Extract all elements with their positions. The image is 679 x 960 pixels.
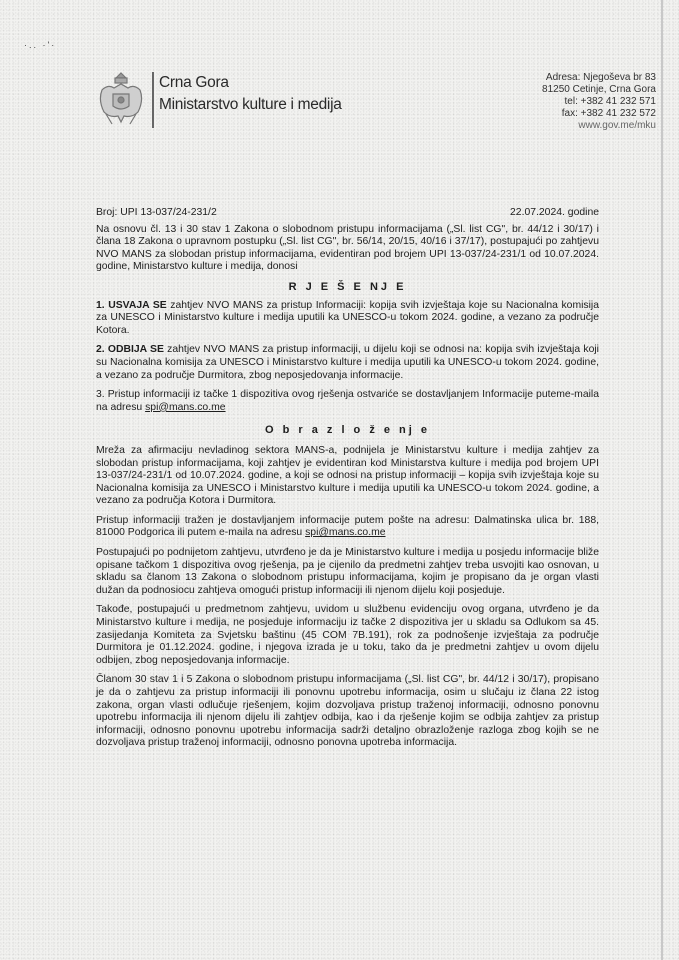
organization-name: Crna Gora Ministarstvo kulture i medija xyxy=(159,72,342,116)
contact-block: Adresa: Njegoševa br 83 81250 Cetinje, C… xyxy=(542,72,656,132)
reasoning-paragraph-2: Pristup informaciji tražen je dostavljan… xyxy=(96,515,599,540)
reasoning-paragraph-3: Postupajući po podnijetom zahtjevu, utvr… xyxy=(96,547,599,597)
document-body: Broj: UPI 13-037/24-231/2 22.07.2024. go… xyxy=(96,207,599,757)
scan-specks: ·.. ·'· xyxy=(24,40,56,50)
letterhead: Crna Gora Ministarstvo kulture i medija … xyxy=(96,66,656,136)
telephone: tel: +382 41 232 571 xyxy=(542,96,656,108)
item-2-verdict: 2. ODBIJA SE xyxy=(96,344,164,355)
ministry-name: Ministarstvo kulture i medija xyxy=(159,94,342,116)
item-1-verdict: 1. USVAJA SE xyxy=(96,300,167,311)
reasoning-paragraph-4: Takođe, postupajući u predmetnom zahtjev… xyxy=(96,604,599,667)
website-link[interactable]: www.gov.me/mku xyxy=(542,120,656,132)
letterhead-divider xyxy=(152,72,154,128)
reasoning-title: O b r a z l o ž e nj e xyxy=(96,424,599,437)
scan-edge-line xyxy=(661,0,663,960)
decision-item-3: 3. Pristup informaciji iz tačke 1 dispoz… xyxy=(96,389,599,414)
reasoning-paragraph-1: Mreža za afirmaciju nevladinog sektora M… xyxy=(96,445,599,508)
email-link-2[interactable]: spi@mans.co.me xyxy=(305,527,385,538)
preamble: Na osnovu čl. 13 i 30 stav 1 Zakona o sl… xyxy=(96,224,599,274)
item-2-text: zahtjev NVO MANS za pristup informaciji,… xyxy=(96,344,599,380)
address-line-1: Adresa: Njegoševa br 83 xyxy=(542,72,656,84)
montenegro-coat-of-arms-icon xyxy=(96,70,146,128)
document-date: 22.07.2024. godine xyxy=(510,207,599,220)
document-number: Broj: UPI 13-037/24-231/2 xyxy=(96,207,217,220)
decision-item-2: 2. ODBIJA SE zahtjev NVO MANS za pristup… xyxy=(96,344,599,382)
reasoning-paragraph-5: Članom 30 stav 1 i 5 Zakona o slobodnom … xyxy=(96,674,599,750)
decision-item-1: 1. USVAJA SE zahtjev NVO MANS za pristup… xyxy=(96,300,599,338)
email-link[interactable]: spi@mans.co.me xyxy=(145,402,225,413)
country-name: Crna Gora xyxy=(159,72,342,94)
decision-title: R J E Š E NJ E xyxy=(96,281,599,294)
address-line-2: 81250 Cetinje, Crna Gora xyxy=(542,84,656,96)
item-1-text: zahtjev NVO MANS za pristup Informaciji:… xyxy=(96,300,599,336)
fax: fax: +382 41 232 572 xyxy=(542,108,656,120)
